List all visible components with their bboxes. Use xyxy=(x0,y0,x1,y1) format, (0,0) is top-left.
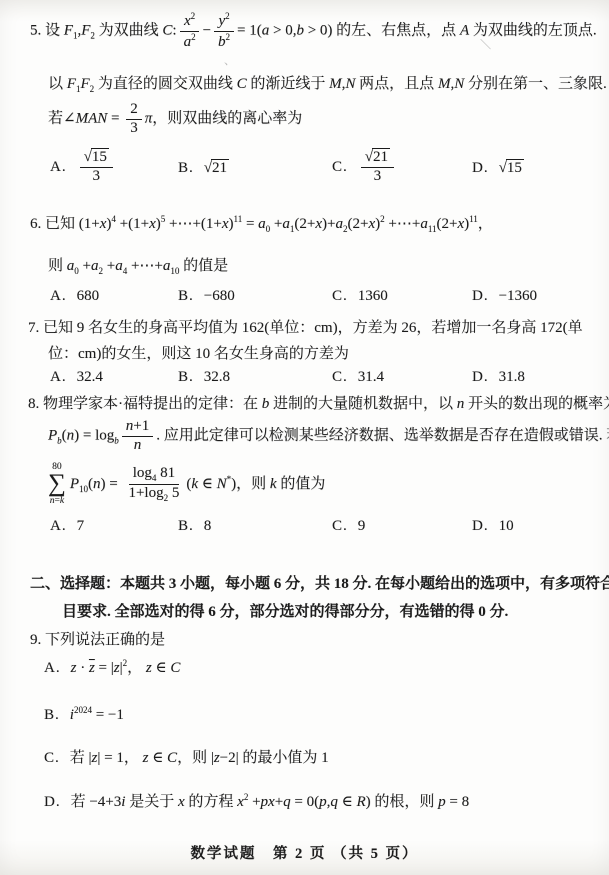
question-7-option-d: D.31.8 xyxy=(472,369,525,386)
question-7-line-1: 7. 已知 9 名女生的身高平均值为 162(单位：cm)，方差为 26，若增加… xyxy=(28,318,583,338)
question-6-option-d: D.−1360 xyxy=(472,288,537,305)
option-value: 1360 xyxy=(358,288,388,305)
question-8-options: A.7 B.8 C.9 D.10 xyxy=(0,518,609,540)
option-value: 10 xyxy=(499,518,514,535)
question-5-line-1: 5. 设 F1,F2 为双曲线 C:x2a2−y2b2= 1(a > 0,b >… xyxy=(30,12,597,51)
question-5-option-d: D.√15 xyxy=(472,160,524,177)
question-6-options: A.680 B.−680 C.1360 D.−1360 xyxy=(0,288,609,310)
option-value: 680 xyxy=(77,288,100,305)
question-9-line-1: 9. 下列说法正确的是 xyxy=(30,630,165,650)
question-6-option-b: B.−680 xyxy=(178,288,235,305)
scan-artifact: ＼ xyxy=(480,36,491,52)
question-5-line-2: 以 F1F2 为直径的圆交双曲线 C 的渐近线于 M,N 两点，且点 M,N 分… xyxy=(48,74,607,95)
option-value: z · z = |z|2， z ∈ C xyxy=(71,660,181,676)
question-5-option-c: C.√213 xyxy=(332,150,397,185)
question-5-line-3: 若∠MAN = 23π，则双曲线的离心率为 xyxy=(48,102,302,137)
question-5-options: A.√153 B.√21 C.√213 D.√15 xyxy=(0,150,609,196)
option-value: i2024 = −1 xyxy=(70,707,124,723)
question-8-option-b: B.8 xyxy=(178,518,211,535)
option-value: 若 |z| = 1， z ∈ C，则 |z−2| 的最小值为 1 xyxy=(70,750,329,766)
exam-page: 5. 设 F1,F2 为双曲线 C:x2a2−y2b2= 1(a > 0,b >… xyxy=(0,0,609,875)
option-value: 32.8 xyxy=(204,369,230,386)
question-9-option-a: A.z · z = |z|2， z ∈ C xyxy=(44,657,180,678)
question-8-option-a: A.7 xyxy=(50,518,84,535)
question-6-line-2: 则 a0 +a2 +a4 +⋯+a10 的值是 xyxy=(48,256,228,277)
option-value: 31.4 xyxy=(358,369,384,386)
question-8-line-2: Pb(n) = logbn+1n. 应用此定律可以检测某些经济数据、选举数据是否… xyxy=(48,419,609,454)
option-value: √153 xyxy=(77,150,116,185)
question-7-option-c: C.31.4 xyxy=(332,369,384,386)
section-2-header-line-2: 目要求. 全部选对的得 6 分，部分选对的得部分分，有选错的得 0 分. xyxy=(62,602,508,622)
option-value: 若 −4+3i 是关于 x 的方程 x2 +px+q = 0(p,q ∈ R) … xyxy=(71,794,470,810)
option-value: −680 xyxy=(204,288,235,305)
option-value: √15 xyxy=(499,160,524,177)
question-7-option-a: A.32.4 xyxy=(50,369,103,386)
question-5-option-a: A.√153 xyxy=(50,150,116,185)
option-value: −1360 xyxy=(499,288,537,305)
section-2-header-line-1: 二、选择题：本题共 3 小题，每小题 6 分，共 18 分. 在每小题给出的选项… xyxy=(30,574,609,594)
option-value: 32.4 xyxy=(77,369,103,386)
option-value: 31.8 xyxy=(499,369,525,386)
question-9-option-d: D.若 −4+3i 是关于 x 的方程 x2 +px+q = 0(p,q ∈ R… xyxy=(44,791,469,812)
question-8-option-c: C.9 xyxy=(332,518,365,535)
option-value: 7 xyxy=(77,518,85,535)
question-5-option-b: B.√21 xyxy=(178,160,229,177)
question-8-line-1: 8. 物理学家本·福特提出的定律：在 b 进制的大量随机数据中，以 n 开头的数… xyxy=(28,394,609,414)
question-6-option-a: A.680 xyxy=(50,288,99,305)
question-8-line-3: 80∑n=kP10(n) = log4 811+log2 5(k ∈ N*)，则… xyxy=(48,462,325,507)
option-value: 9 xyxy=(358,518,366,535)
question-7-line-2: 位：cm)的女生，则这 10 名女生身高的方差为 xyxy=(48,344,349,364)
question-6-line-1: 6. 已知 (1+x)4 +(1+x)5 +⋯+(1+x)11 = a0 +a1… xyxy=(30,213,493,235)
option-value: √21 xyxy=(204,160,229,177)
page-footer: 数学试题 第 2 页 （共 5 页） xyxy=(0,842,609,863)
scan-artifact: 、 xyxy=(224,52,235,68)
option-value: 8 xyxy=(204,518,212,535)
question-7-options: A.32.4 B.32.8 C.31.4 D.31.8 xyxy=(0,369,609,391)
question-7-option-b: B.32.8 xyxy=(178,369,230,386)
question-8-option-d: D.10 xyxy=(472,518,514,535)
question-9-option-c: C.若 |z| = 1， z ∈ C，则 |z−2| 的最小值为 1 xyxy=(44,748,329,768)
option-value: √213 xyxy=(358,150,397,185)
question-6-option-c: C.1360 xyxy=(332,288,388,305)
question-9-option-b: B.i2024 = −1 xyxy=(44,704,124,725)
